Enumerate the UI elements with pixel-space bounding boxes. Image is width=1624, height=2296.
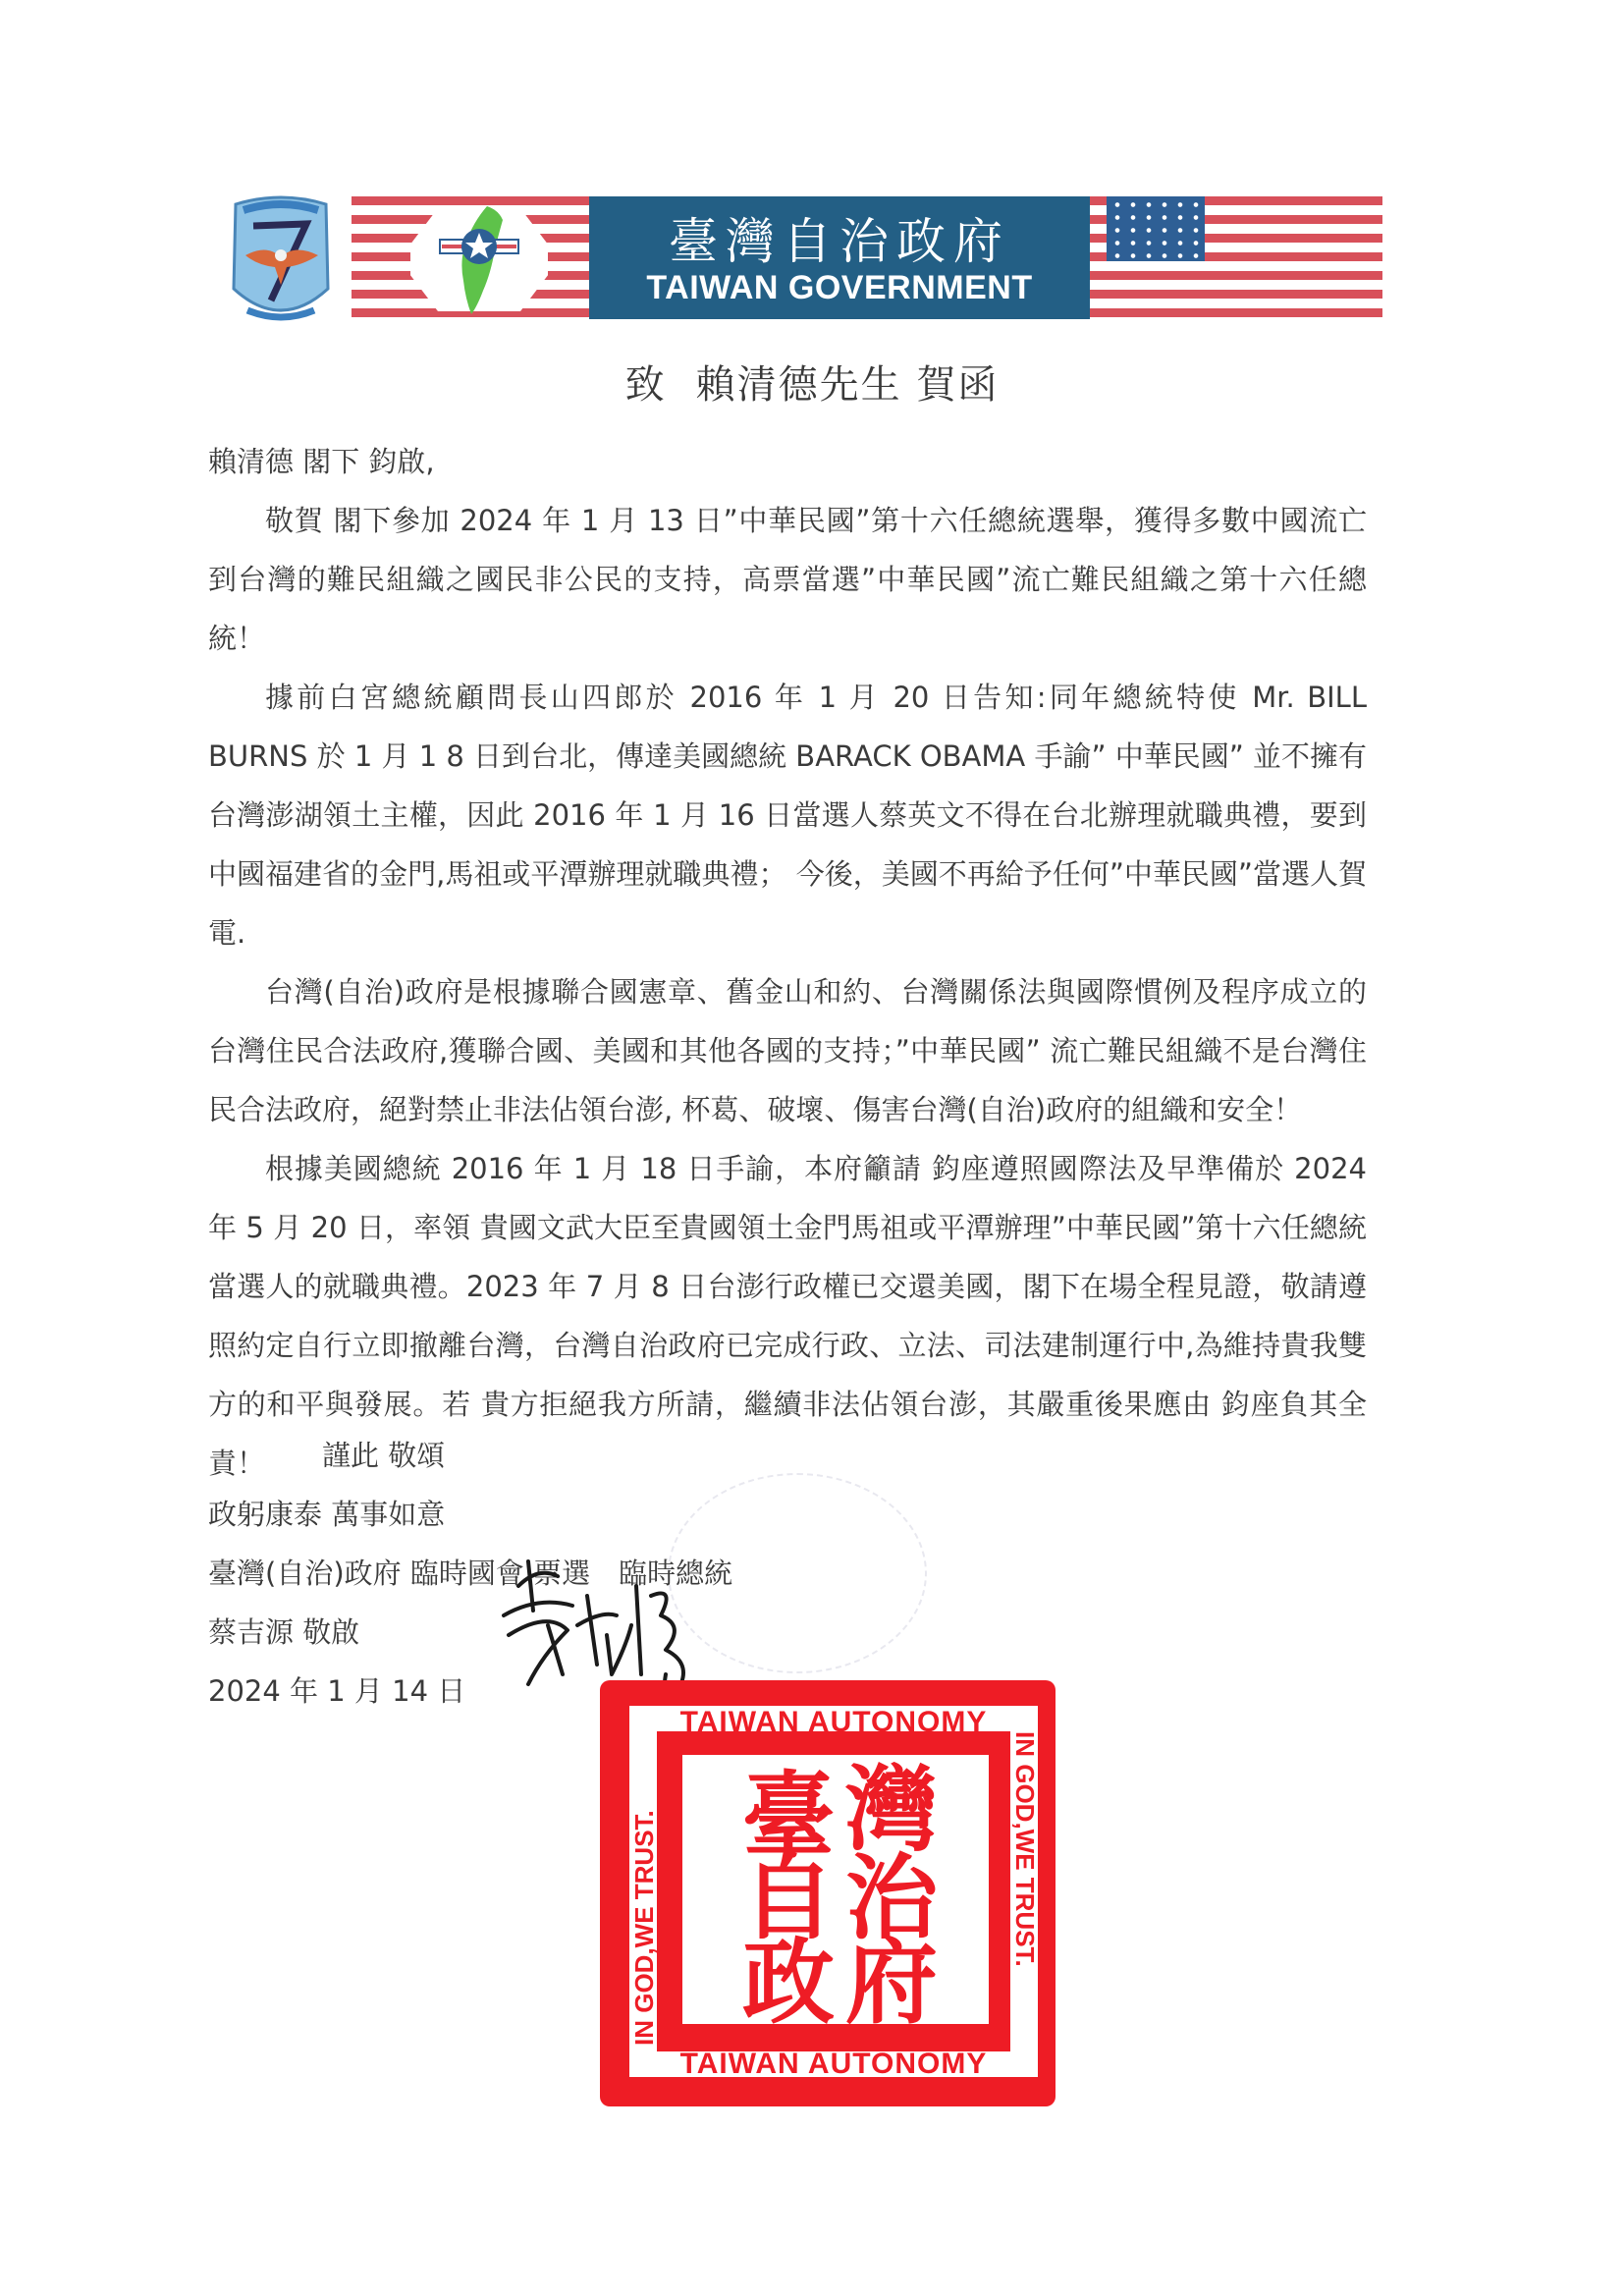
government-name-zh: 臺灣自治政府 xyxy=(589,202,1090,273)
government-name-panel: 臺灣自治政府 TAIWAN GOVERNMENT xyxy=(589,196,1090,319)
stamp-char-5: 政 xyxy=(742,1929,835,2037)
paragraph-obama-directive: 據前白宮總統顧問長山四郎於 2016 年 1 月 20 日告知:同年總統特使 M… xyxy=(208,668,1367,962)
seventh-fleet-emblem-icon xyxy=(228,194,334,324)
document-title: 致賴清德先生 賀函 xyxy=(0,354,1624,410)
paragraph-congratulations: 敬賀 閣下參加 2024 年 1 月 13 日”中華民國”第十六任總統選舉，獲得… xyxy=(208,491,1367,668)
salutation: 賴清德 閣下 鈞啟, xyxy=(208,432,1367,491)
closing-wishes: 政躬康泰 萬事如意 xyxy=(208,1485,732,1544)
us-flag-icon xyxy=(1107,196,1205,261)
title-main: 賴清德先生 賀函 xyxy=(696,362,1000,408)
letterhead: 臺灣自治政府 TAIWAN GOVERNMENT xyxy=(226,194,1365,324)
letter-body: 賴清德 閣下 鈞啟, 敬賀 閣下參加 2024 年 1 月 13 日”中華民國”… xyxy=(208,432,1367,1493)
stamp-bottom-text: TAIWAN AUTONOMY xyxy=(680,2048,988,2080)
stamp-left-text: IN GOD,WE TRUST. xyxy=(629,1810,659,2046)
title-prefix: 致 xyxy=(625,362,667,408)
taiwan-island-roundel-icon xyxy=(430,204,528,317)
closing-regards: 謹此 敬頌 xyxy=(208,1426,732,1485)
stamp-top-text: TAIWAN AUTONOMY xyxy=(680,1706,988,1738)
stamp-char-6: 府 xyxy=(845,1929,938,2037)
official-seal-stamp: TAIWAN AUTONOMY TAIWAN AUTONOMY IN GOD,W… xyxy=(592,1672,1063,2114)
stamp-right-text: IN GOD,WE TRUST. xyxy=(1010,1731,1040,1967)
government-name-en: TAIWAN GOVERNMENT xyxy=(589,269,1090,307)
paragraph-government-legitimacy: 台灣(自治)政府是根據聯合國憲章、舊金山和約、台灣關係法與國際慣例及程序成立的台… xyxy=(208,962,1367,1139)
flag-banner: 臺灣自治政府 TAIWAN GOVERNMENT xyxy=(352,196,1382,319)
